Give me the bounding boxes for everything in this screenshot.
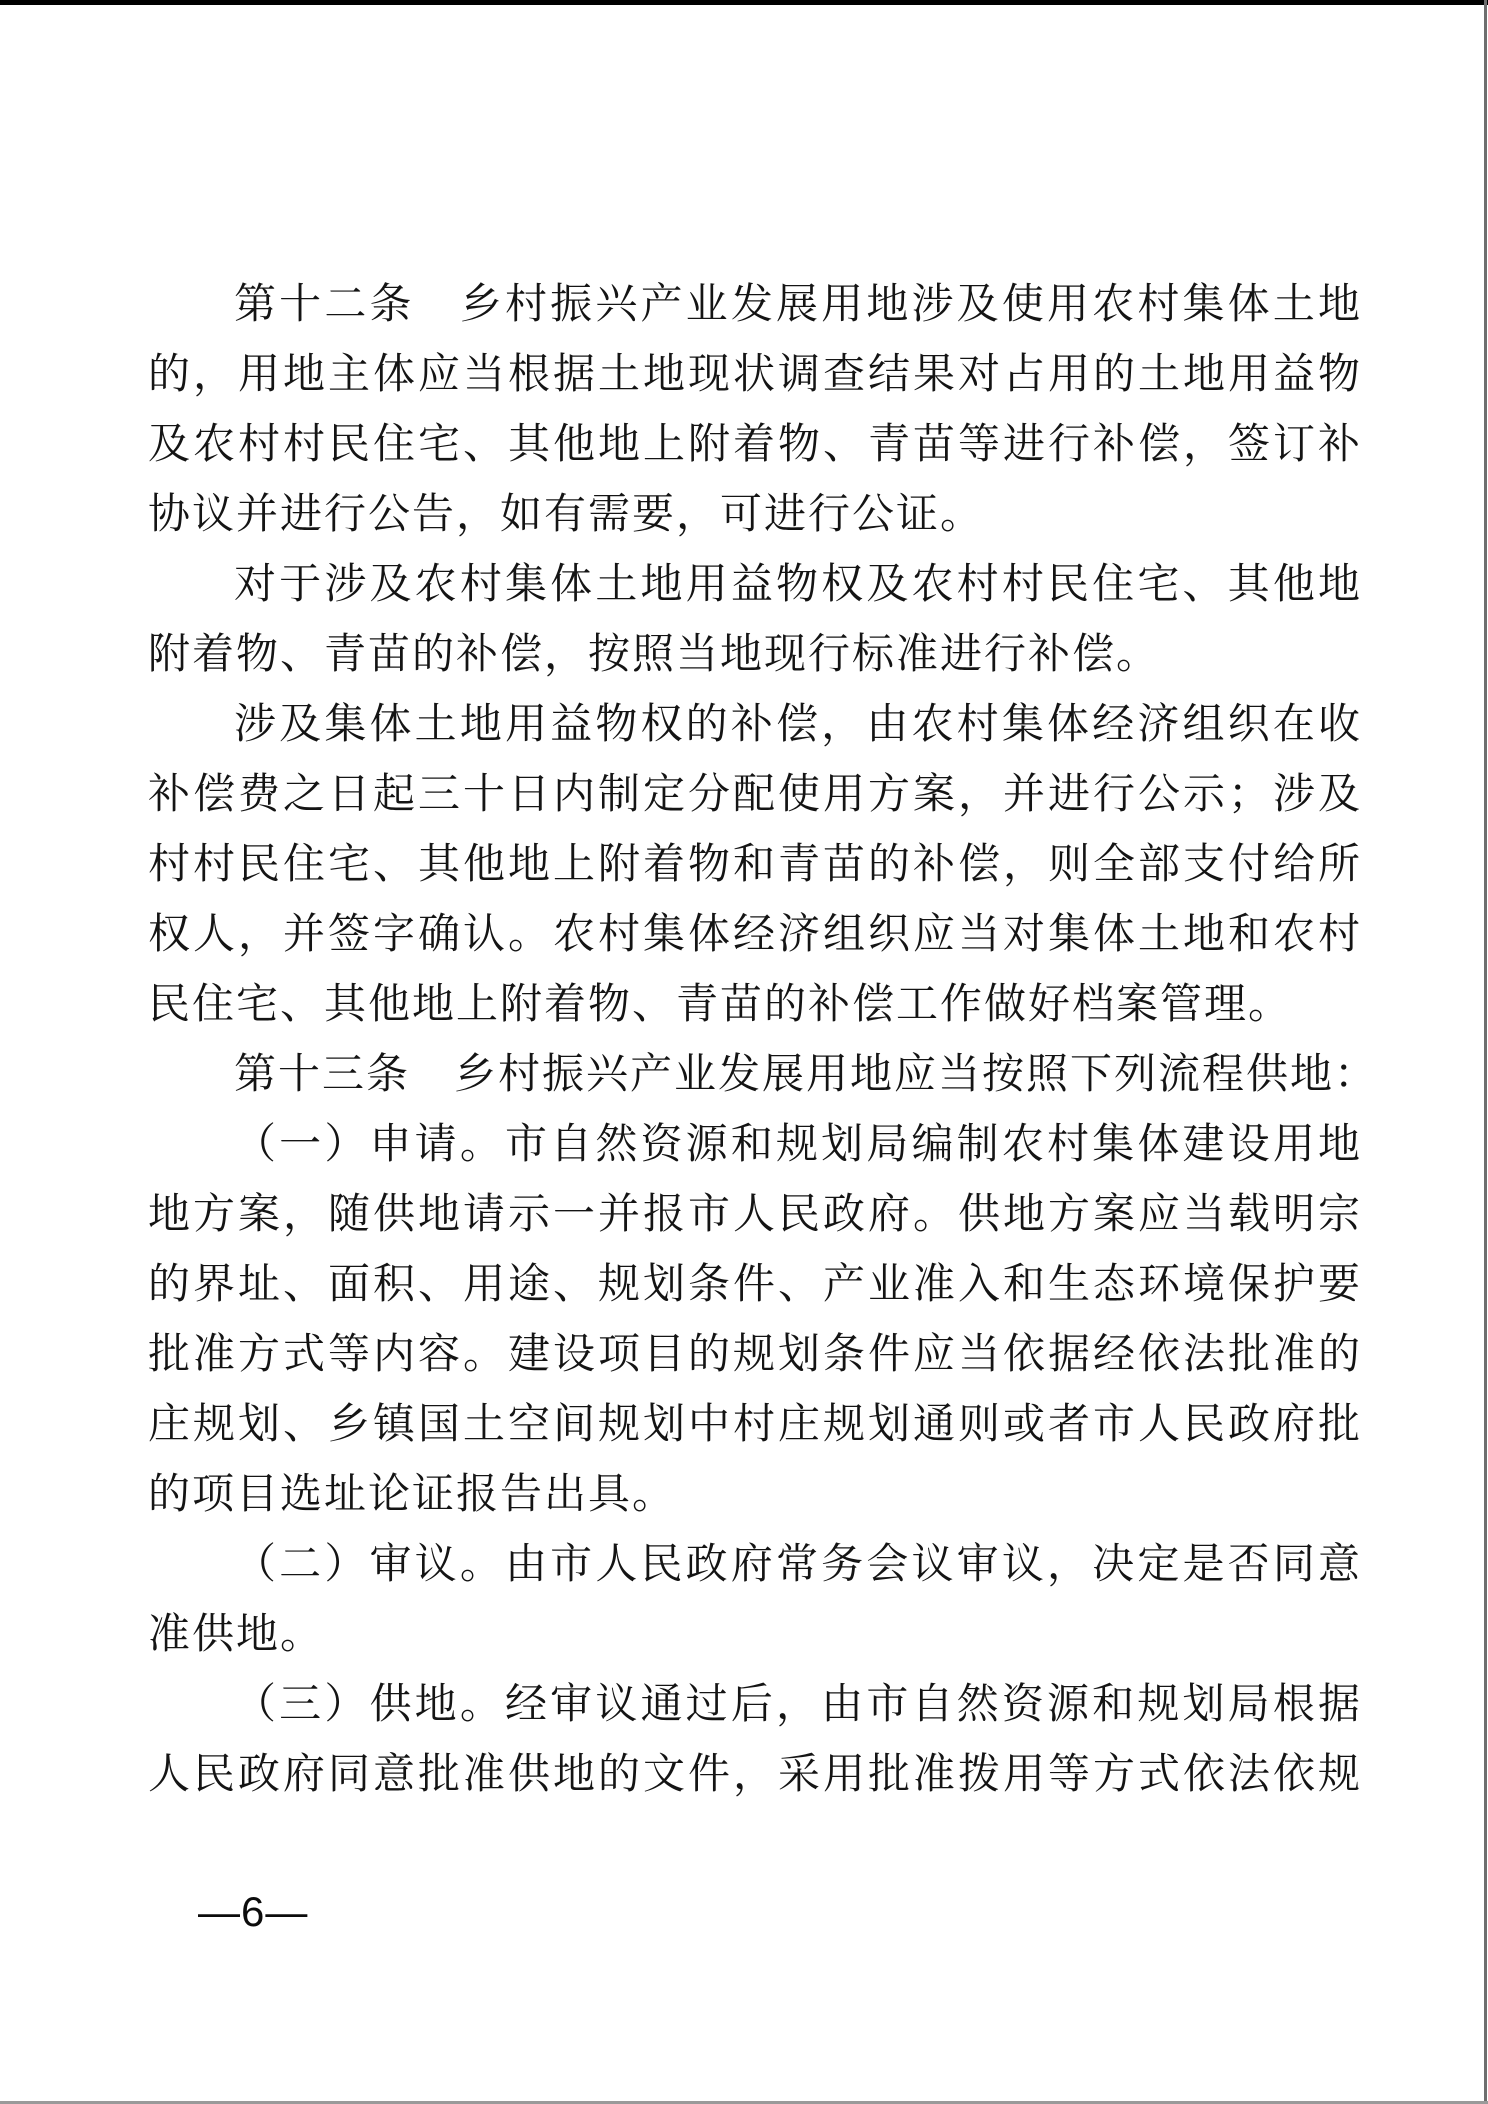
scan-top-border — [0, 0, 1488, 5]
text-line: 准供地。 — [148, 1600, 1362, 1670]
text-line: 第十三条 乡村振兴产业发展用地应当按照下列流程供地： — [148, 1040, 1362, 1110]
text-line: 权人，并签字确认。农村集体经济组织应当对集体土地和农村村 — [148, 900, 1362, 970]
text-line: 协议并进行公告，如有需要，可进行公证。 — [148, 480, 1362, 550]
text-line: （二）审议。由市人民政府常务会议审议，决定是否同意批 — [148, 1530, 1362, 1600]
scan-right-edge-line — [1484, 0, 1487, 2104]
document-body: 第十二条 乡村振兴产业发展用地涉及使用农村集体土地的，用地主体应当根据土地现状调… — [148, 270, 1362, 1810]
text-line: 及农村村民住宅、其他地上附着物、青苗等进行补偿，签订补偿 — [148, 410, 1362, 480]
text-line: 对于涉及农村集体土地用益物权及农村村民住宅、其他地上 — [148, 550, 1362, 620]
text-line: 补偿费之日起三十日内制定分配使用方案，并进行公示；涉及农 — [148, 760, 1362, 830]
text-line: 附着物、青苗的补偿，按照当地现行标准进行补偿。 — [148, 620, 1362, 690]
text-line: 的项目选址论证报告出具。 — [148, 1460, 1362, 1530]
text-line: （三）供地。经审议通过后，由市自然资源和规划局根据市 — [148, 1670, 1362, 1740]
text-line: 庄规划、乡镇国土空间规划中村庄规划通则或者市人民政府批准 — [148, 1390, 1362, 1460]
text-line: 村村民住宅、其他地上附着物和青苗的补偿，则全部支付给所有 — [148, 830, 1362, 900]
text-line: 的界址、面积、用途、规划条件、产业准入和生态环境保护要求、 — [148, 1250, 1362, 1320]
text-line: （一）申请。市自然资源和规划局编制农村集体建设用地供 — [148, 1110, 1362, 1180]
text-line: 民住宅、其他地上附着物、青苗的补偿工作做好档案管理。 — [148, 970, 1362, 1040]
text-line: 的，用地主体应当根据土地现状调查结果对占用的土地用益物权 — [148, 340, 1362, 410]
text-line: 涉及集体土地用益物权的补偿，由农村集体经济组织在收到 — [148, 690, 1362, 760]
text-line: 批准方式等内容。建设项目的规划条件应当依据经依法批准的村 — [148, 1320, 1362, 1390]
text-line: 第十二条 乡村振兴产业发展用地涉及使用农村集体土地 — [148, 270, 1362, 340]
text-line: 地方案，随供地请示一并报市人民政府。供地方案应当载明宗地 — [148, 1180, 1362, 1250]
page-number: —6— — [198, 1888, 308, 1936]
document-page: { "document": { "paragraphs": [ { "lines… — [0, 0, 1488, 2104]
text-line: 人民政府同意批准供地的文件，采用批准拨用等方式依法依规组 — [148, 1740, 1362, 1810]
